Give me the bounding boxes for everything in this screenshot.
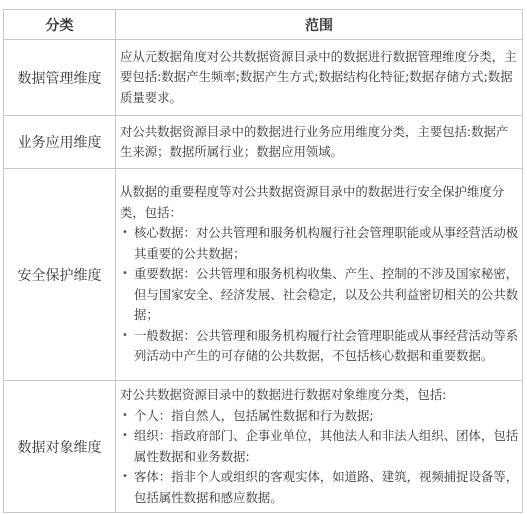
list-item: •客体：指非个人或组织的客观实体，如道路、建筑，视频捕捉设备等，包括属性数据和感… <box>120 467 519 508</box>
list-item: •一般数据：公共管理和服务机构履行社会管理职能或从事经营活动等系列活动中产生的可… <box>120 326 519 367</box>
list-item: •重要数据：公共管理和服务机构收集、产生、控制的不涉及国家秘密，但与国家安全、经… <box>120 264 519 326</box>
bullet-icon: • <box>122 467 128 488</box>
list-item: •核心数据：对公共管理和服务机构履行社会管理职能或从事经营活动极其重要的公共数据… <box>120 223 519 264</box>
table-row: 业务应用维度 对公共数据资源目录中的数据进行业务应用维度分类，主要包括:数据产生… <box>4 116 523 169</box>
scope-intro: 对公共数据资源目录中的数据进行业务应用维度分类，主要包括:数据产生来源；数据所属… <box>120 122 519 163</box>
header-scope: 范围 <box>116 10 523 40</box>
list-item-text: 组织：指政府部门、企事业单位，其他法人和非法人组织、团体，包括属性数据和业务数据… <box>134 428 518 464</box>
scope-cell: 对公共数据资源目录中的数据进行数据对象维度分类，包括: •个人：指自然人，包括属… <box>116 381 523 513</box>
bullet-icon: • <box>122 426 128 447</box>
category-cell: 数据管理维度 <box>4 40 116 116</box>
category-cell: 数据对象维度 <box>4 381 116 513</box>
table-row: 数据管理维度 应从元数据角度对公共数据资源目录中的数据进行数据管理维度分类，主要… <box>4 40 523 116</box>
bullet-icon: • <box>122 406 128 427</box>
scope-intro: 应从元数据角度对公共数据资源目录中的数据进行数据管理维度分类，主要包括:数据产生… <box>120 47 519 109</box>
scope-cell: 从数据的重要程度等对公共数据资源目录中的数据进行安全保护维度分类，包括： •核心… <box>116 169 523 381</box>
bullet-icon: • <box>122 264 128 285</box>
category-cell: 安全保护维度 <box>4 169 116 381</box>
scope-intro: 从数据的重要程度等对公共数据资源目录中的数据进行安全保护维度分类，包括： <box>120 182 519 223</box>
list-item-text: 客体：指非个人或组织的客观实体，如道路、建筑，视频捕捉设备等，包括属性数据和感应… <box>134 469 518 505</box>
list-item: •组织：指政府部门、企事业单位，其他法人和非法人组织、团体，包括属性数据和业务数… <box>120 426 519 467</box>
list-item-text: 个人：指自然人，包括属性数据和行为数据; <box>134 408 374 423</box>
scope-cell: 应从元数据角度对公共数据资源目录中的数据进行数据管理维度分类，主要包括:数据产生… <box>116 40 523 116</box>
bullet-icon: • <box>122 326 128 347</box>
list-item: •个人：指自然人，包括属性数据和行为数据; <box>120 406 519 427</box>
list-item-text: 一般数据：公共管理和服务机构履行社会管理职能或从事经营活动等系列活动中产生的可存… <box>134 328 518 364</box>
table-row: 安全保护维度 从数据的重要程度等对公共数据资源目录中的数据进行安全保护维度分类，… <box>4 169 523 381</box>
scope-list: •个人：指自然人，包括属性数据和行为数据; •组织：指政府部门、企事业单位，其他… <box>120 406 519 509</box>
classification-table: 分类 范围 数据管理维度 应从元数据角度对公共数据资源目录中的数据进行数据管理维… <box>3 9 523 513</box>
scope-list: •核心数据：对公共管理和服务机构履行社会管理职能或从事经营活动极其重要的公共数据… <box>120 223 519 367</box>
table-row: 数据对象维度 对公共数据资源目录中的数据进行数据对象维度分类，包括: •个人：指… <box>4 381 523 513</box>
header-row: 分类 范围 <box>4 10 523 40</box>
scope-cell: 对公共数据资源目录中的数据进行业务应用维度分类，主要包括:数据产生来源；数据所属… <box>116 116 523 169</box>
scope-intro: 对公共数据资源目录中的数据进行数据对象维度分类，包括: <box>120 385 519 406</box>
list-item-text: 重要数据：公共管理和服务机构收集、产生、控制的不涉及国家秘密，但与国家安全、经济… <box>134 266 518 322</box>
list-item-text: 核心数据：对公共管理和服务机构履行社会管理职能或从事经营活动极其重要的公共数据； <box>134 225 518 261</box>
bullet-icon: • <box>122 223 128 244</box>
header-category: 分类 <box>4 10 116 40</box>
category-cell: 业务应用维度 <box>4 116 116 169</box>
